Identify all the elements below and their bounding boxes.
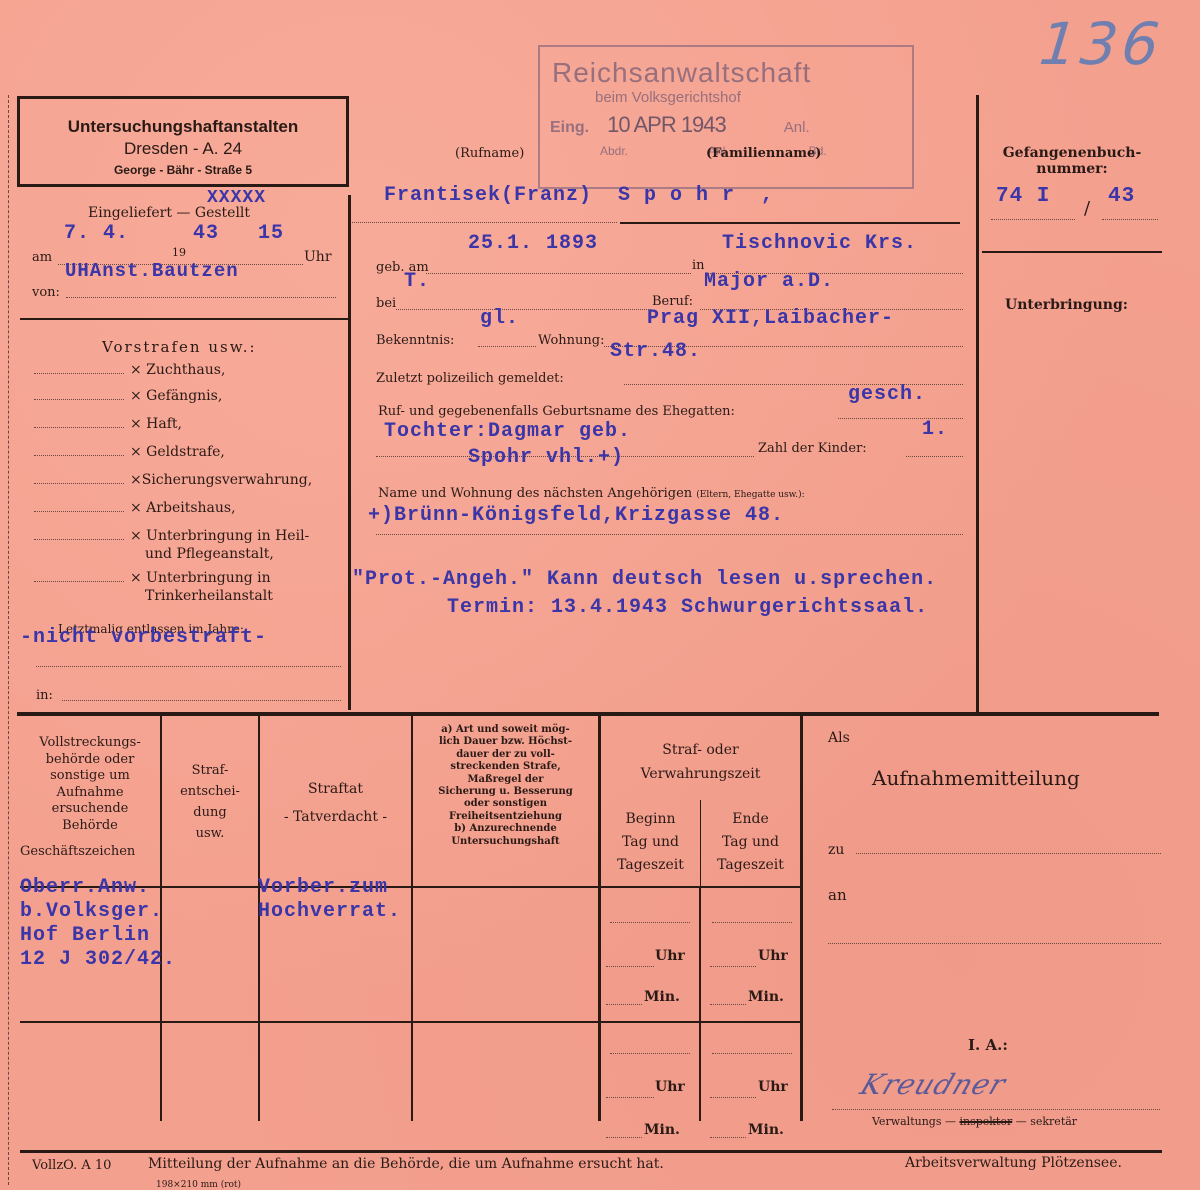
end-date-dotline bbox=[712, 1053, 792, 1054]
institution-stamp: Untersuchungshaftanstalten Dresden - A. … bbox=[17, 96, 349, 187]
bei-value: T. bbox=[404, 270, 430, 293]
header-authority: Vollstreckungs- behörde oder sonstige um… bbox=[20, 735, 160, 861]
spouse-line2: Spohr vhl.+) bbox=[468, 446, 624, 469]
right-column-border bbox=[976, 95, 979, 712]
start-uhr-dotline bbox=[606, 966, 654, 967]
handwritten-page-number: 136 bbox=[1036, 10, 1166, 78]
end-uhr-label: Uhr bbox=[758, 948, 788, 964]
prisoner-book-dotline-1 bbox=[991, 219, 1075, 220]
header-sentence-type: a) Art und soweit mög- lich Dauer bzw. H… bbox=[413, 724, 598, 848]
prior-item: × Zuchthaus, bbox=[34, 362, 344, 388]
header-detention-period: Straf- oder Verwahrungszeit bbox=[601, 738, 800, 786]
received-stamp-prefix: Eing. bbox=[550, 119, 589, 137]
prisoner-book-number: 74 I bbox=[996, 185, 1050, 208]
am-label: am bbox=[32, 250, 52, 265]
residence-line2: Str.48. bbox=[610, 340, 701, 363]
header-authority-line: behörde oder bbox=[20, 752, 160, 769]
end-uhr-label: Uhr bbox=[758, 1079, 788, 1095]
start-uhr-label: Uhr bbox=[655, 948, 685, 964]
start-min-dotline bbox=[606, 1004, 642, 1005]
unterbringung-label: Unterbringung: bbox=[1005, 297, 1128, 313]
als-label: Als bbox=[828, 730, 850, 746]
familienname-label: (Familienname) bbox=[706, 146, 821, 161]
table-row-authority: Oberr.Anw. b.Volksger. Hof Berlin 12 J 3… bbox=[20, 876, 176, 972]
left-column-border bbox=[348, 195, 351, 710]
start-uhr-dotline bbox=[606, 1097, 654, 1098]
prior-item-label: × Gefängnis, bbox=[130, 388, 222, 404]
birth-place: Tischnovic Krs. bbox=[722, 232, 917, 255]
in-label: in bbox=[692, 258, 705, 273]
prior-item-label: × Unterbringung in Heil- bbox=[130, 528, 309, 544]
end-date-dotline bbox=[712, 922, 792, 923]
received-stamp-date: 10 APR 1943 bbox=[607, 112, 726, 138]
offense-line: Hochverrat. bbox=[258, 900, 401, 924]
issuing-office: Arbeitsverwaltung Plötzensee. bbox=[905, 1155, 1122, 1171]
header-decision-line: dung bbox=[162, 802, 258, 823]
children-count: 1. bbox=[922, 418, 948, 441]
prior-item-continuation: Trinkerheilanstalt bbox=[34, 588, 344, 604]
prior-convictions-title: Vorstrafen usw.: bbox=[102, 338, 257, 356]
bekenntnis-label: Bekenntnis: bbox=[376, 333, 454, 348]
header-decision: Straf- entschei- dung usw. bbox=[162, 760, 258, 844]
header-sentence-line: Freiheitsentziehung bbox=[413, 811, 598, 823]
religion: gl. bbox=[480, 307, 519, 330]
birth-date: 25.1. 1893 bbox=[468, 232, 598, 255]
header-authority-line: sonstige um bbox=[20, 768, 160, 785]
zuletzt-label: Zuletzt polizeilich gemeldet: bbox=[376, 371, 564, 386]
authority-line: b.Volksger. bbox=[20, 900, 176, 924]
table-row-divider bbox=[20, 1021, 802, 1023]
authority-line: Oberr.Anw. bbox=[20, 876, 176, 900]
intake-hour: 15 bbox=[258, 222, 284, 245]
marital-status: gesch. bbox=[848, 383, 926, 406]
header-sentence-line: oder sonstigen bbox=[413, 798, 598, 810]
header-authority-line: Aufnahme bbox=[20, 785, 160, 802]
header-begin-line: Tag und bbox=[601, 831, 700, 854]
institution-city: Dresden - A. 24 bbox=[20, 139, 346, 159]
geb-am-dotline bbox=[426, 273, 691, 274]
released-dotline bbox=[36, 666, 341, 667]
ehegatte-label: Ruf- und gegebenenfalls Geburtsname des … bbox=[378, 404, 735, 419]
start-min-dotline bbox=[606, 1137, 642, 1138]
name-dotline bbox=[352, 222, 617, 223]
prior-item: × Unterbringung in bbox=[34, 570, 344, 588]
end-min-dotline bbox=[710, 1004, 746, 1005]
prior-item: × Gefängnis, bbox=[34, 388, 344, 416]
institution-name: Untersuchungshaftanstalten bbox=[20, 117, 346, 137]
header-end: Ende Tag und Tageszeit bbox=[701, 808, 800, 877]
prisoner-book-separator: / bbox=[1084, 198, 1090, 219]
header-end-line: Ende bbox=[701, 808, 800, 831]
name-underline bbox=[620, 222, 960, 224]
header-decision-line: entschei- bbox=[162, 781, 258, 802]
table-row-offense: Vorber.zum Hochverrat. bbox=[258, 876, 401, 924]
bei-label: bei bbox=[376, 296, 396, 311]
prior-item-label: × Zuchthaus, bbox=[130, 362, 225, 378]
start-date-dotline bbox=[610, 922, 690, 923]
residence-line1: Prag XII,Laibacher- bbox=[647, 307, 894, 330]
angehoerige-label-text: Name und Wohnung des nächsten Angehörige… bbox=[378, 486, 692, 501]
prior-item-label: × Arbeitshaus, bbox=[130, 500, 236, 516]
angehoerige-label: Name und Wohnung des nächsten Angehörige… bbox=[378, 486, 805, 501]
prisoner-book-label: Gefangenenbuch- nummer: bbox=[982, 145, 1162, 177]
received-stamp: Reichsanwaltschaft beim Volksgerichtshof… bbox=[538, 45, 914, 189]
an-label: an bbox=[828, 886, 847, 904]
institution-street: George - Bähr - Straße 5 bbox=[20, 163, 346, 177]
position-prefix: Verwaltungs — bbox=[872, 1115, 956, 1128]
end-uhr-dotline bbox=[710, 966, 756, 967]
angehoerige-hint: (Eltern, Ehegatte usw.): bbox=[696, 490, 804, 500]
table-bottom-border bbox=[20, 1150, 1162, 1153]
header-sentence-line: streckenden Strafe, bbox=[413, 761, 598, 773]
spouse-line1: Tochter:Dagmar geb. bbox=[384, 420, 631, 443]
angehoerige-dotline bbox=[376, 534, 963, 535]
start-min-label: Min. bbox=[644, 1122, 680, 1138]
start-uhr-label: Uhr bbox=[655, 1079, 685, 1095]
note-line2: Termin: 13.4.1943 Schwurgerichtssaal. bbox=[447, 596, 928, 619]
notice-title: Aufnahmemitteilung bbox=[872, 766, 1080, 790]
form-description: Mitteilung der Aufnahme an die Behörde, … bbox=[148, 1156, 664, 1172]
header-authority-line: ersuchende bbox=[20, 801, 160, 818]
section-divider bbox=[17, 712, 1159, 716]
position-suffix: — sekretär bbox=[1016, 1115, 1077, 1128]
form-format: 198×210 mm (rot) bbox=[156, 1180, 241, 1190]
rufname-label: (Rufname) bbox=[455, 146, 524, 161]
end-uhr-dotline bbox=[710, 1097, 756, 1098]
table-col-border-6 bbox=[800, 716, 803, 1121]
header-detention-line: Verwahrungszeit bbox=[601, 762, 800, 786]
intake-from-value: UHAnst.Bautzen bbox=[65, 260, 239, 282]
position-label: Verwaltungs — inspektor — sekretär bbox=[872, 1115, 1077, 1128]
form-code: VollzO. A 10 bbox=[32, 1158, 111, 1173]
start-min-label: Min. bbox=[644, 989, 680, 1005]
wohnung-label: Wohnung: bbox=[538, 333, 605, 348]
received-stamp-court: beim Volksgerichtshof bbox=[595, 89, 912, 106]
end-min-label: Min. bbox=[748, 989, 784, 1005]
header-begin: Beginn Tag und Tageszeit bbox=[601, 808, 700, 877]
von-dotline bbox=[66, 297, 336, 298]
header-offense: Straftat - Tatverdacht - bbox=[260, 775, 411, 831]
header-begin-line: Tageszeit bbox=[601, 854, 700, 877]
position-struck: inspektor bbox=[959, 1115, 1012, 1128]
header-sentence-line: lich Dauer bzw. Höchst- bbox=[413, 736, 598, 748]
prior-item: × Haft, bbox=[34, 416, 344, 444]
header-end-line: Tageszeit bbox=[701, 854, 800, 877]
authority-line: 12 J 302/42. bbox=[20, 948, 176, 972]
prisoner-book-divider bbox=[982, 251, 1162, 253]
note-line1: "Prot.-Angeh." Kann deutsch lesen u.spre… bbox=[352, 568, 937, 591]
prior-item: × Geldstrafe, bbox=[34, 444, 344, 472]
no-prior-convictions: -nicht vorbestraft- bbox=[20, 626, 267, 649]
kinder-label: Zahl der Kinder: bbox=[758, 441, 867, 456]
header-begin-line: Beginn bbox=[601, 808, 700, 831]
header-reference-number: Geschäftszeichen bbox=[20, 844, 160, 861]
header-decision-line: usw. bbox=[162, 823, 258, 844]
start-date-dotline bbox=[610, 1053, 690, 1054]
prior-item-label: × Haft, bbox=[130, 416, 182, 432]
header-sentence-line: b) Anzurechnende bbox=[413, 823, 598, 835]
received-stamp-office: Reichsanwaltschaft bbox=[552, 57, 912, 89]
occupation: Major a.D. bbox=[704, 270, 834, 293]
authority-line: Hof Berlin bbox=[20, 924, 176, 948]
an-dotline bbox=[828, 943, 1161, 944]
uhr-label: Uhr bbox=[304, 249, 332, 265]
prior-item: ×Sicherungsverwahrung, bbox=[34, 472, 344, 500]
received-stamp-field-a: Abdr. bbox=[600, 144, 628, 158]
offense-line: Vorber.zum bbox=[258, 876, 401, 900]
signature-dotline bbox=[832, 1109, 1160, 1110]
received-stamp-suffix: Anl. bbox=[784, 119, 810, 136]
header-sentence-line: Maßregel der bbox=[413, 774, 598, 786]
header-offense-line: - Tatverdacht - bbox=[260, 803, 411, 831]
header-decision-line: Straf- bbox=[162, 760, 258, 781]
header-sentence-line: Untersuchungshaft bbox=[413, 836, 598, 848]
prior-item-label: × Geldstrafe, bbox=[130, 444, 225, 460]
table-col-border-5b bbox=[699, 888, 701, 1121]
intake-year: 43 bbox=[193, 222, 219, 245]
zu-label: zu bbox=[828, 842, 844, 858]
ia-label: I. A.: bbox=[968, 1036, 1008, 1054]
end-min-dotline bbox=[710, 1137, 746, 1138]
end-min-label: Min. bbox=[748, 1122, 784, 1138]
century-label: 19 bbox=[172, 246, 186, 259]
signature: Kreudner bbox=[856, 1068, 1011, 1101]
header-detention-line: Straf- oder bbox=[601, 738, 800, 762]
perforation-line bbox=[8, 95, 9, 1185]
header-authority-line: Vollstreckungs- bbox=[20, 735, 160, 752]
prior-item: × Unterbringung in Heil- bbox=[34, 528, 344, 546]
intake-divider bbox=[20, 318, 350, 320]
kinder-dotline bbox=[906, 456, 963, 457]
header-sentence-line: dauer der zu voll- bbox=[413, 749, 598, 761]
prior-convictions-list: × Zuchthaus, × Gefängnis, × Haft, × Geld… bbox=[34, 362, 344, 604]
header-authority-line: Behörde bbox=[20, 818, 160, 835]
prisoner-book-label-line2: nummer: bbox=[982, 161, 1162, 177]
next-of-kin: +)Brünn-Königsfeld,Krizgasse 48. bbox=[368, 504, 784, 527]
intake-label: Eingeliefert — Gestellt bbox=[88, 205, 250, 221]
zu-dotline bbox=[856, 853, 1161, 854]
header-sentence-line: Sicherung u. Besserung bbox=[413, 786, 598, 798]
von-label: von: bbox=[32, 285, 60, 300]
prior-item-continuation: und Pflegeanstalt, bbox=[34, 546, 344, 570]
prisoner-book-year: 43 bbox=[1108, 185, 1135, 208]
bekenntnis-dotline bbox=[478, 346, 536, 347]
bei-dotline bbox=[396, 309, 651, 310]
released-in-dotline bbox=[62, 700, 341, 701]
header-offense-line: Straftat bbox=[260, 775, 411, 803]
released-in-label: in: bbox=[36, 688, 53, 703]
prisoner-book-dotline-2 bbox=[1102, 219, 1158, 220]
full-name: Frantisek(Franz) S p o h r , bbox=[384, 184, 774, 207]
prisoner-book-label-line1: Gefangenenbuch- bbox=[982, 145, 1162, 161]
header-sentence-line: a) Art und soweit mög- bbox=[413, 724, 598, 736]
intake-date: 7. 4. bbox=[64, 222, 129, 245]
header-end-line: Tag und bbox=[701, 831, 800, 854]
prior-item: × Arbeitshaus, bbox=[34, 500, 344, 528]
prior-item-label: × Unterbringung in bbox=[130, 570, 271, 586]
prior-item-label: ×Sicherungsverwahrung, bbox=[130, 472, 312, 488]
